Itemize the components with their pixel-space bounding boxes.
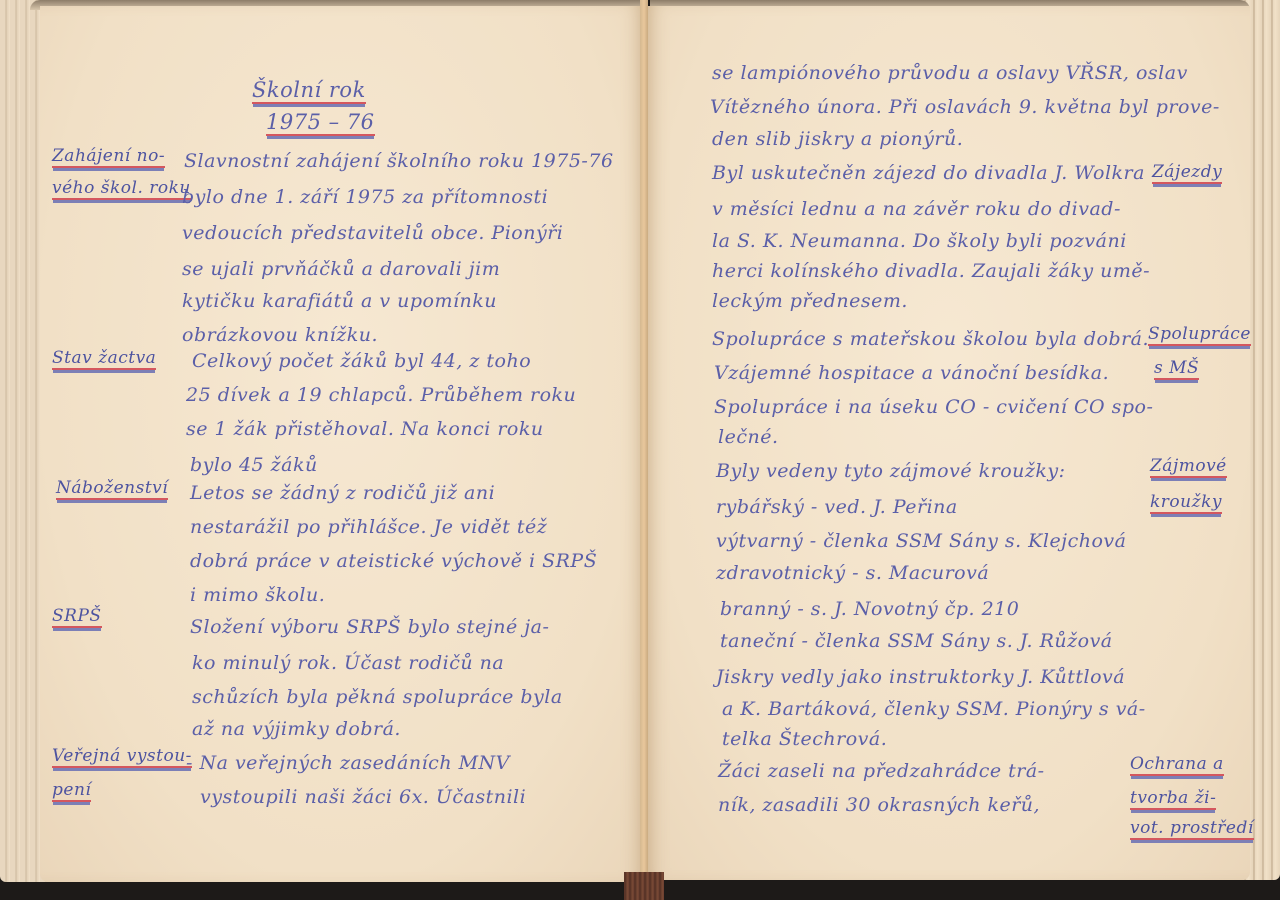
text-line: rybářský - ved. J. Peřina	[716, 498, 958, 517]
margin-label-nabozenstvi: Náboženství	[56, 480, 168, 500]
book-gutter	[640, 0, 648, 880]
text-line: ník, zasadili 30 okrasných keřů,	[718, 796, 1040, 815]
text-line: 25 dívek a 19 chlapců. Průběhem roku	[186, 386, 576, 405]
text-line: Složení výboru SRPŠ bylo stejné ja-	[190, 618, 549, 637]
text-line: a K. Bartáková, členky SSM. Pionýry s vá…	[722, 700, 1146, 719]
text-line: herci kolínského divadla. Zaujali žáky u…	[712, 262, 1150, 281]
text-line: obrázkovou knížku.	[182, 326, 378, 345]
text-line: dobrá práce v ateistické výchově i SRPŠ	[190, 552, 597, 571]
text-line: Vzájemné hospitace a vánoční besídka.	[714, 364, 1109, 383]
margin-label-verejna-1: Veřejná vystou-	[52, 748, 192, 768]
text-line: den slib jiskry a pionýrů.	[712, 130, 963, 149]
text-line: telka Štechrová.	[722, 730, 887, 749]
margin-label-krouzky: kroužky	[1150, 494, 1222, 514]
text-line: Letos se žádný z rodičů již ani	[190, 484, 495, 503]
margin-label-ochrana: Ochrana a	[1130, 756, 1224, 776]
text-line: kytičku karafiátů a v upomínku	[182, 292, 497, 311]
margin-label-tvorba: tvorba ži-	[1130, 790, 1216, 810]
margin-label-verejna-2: pení	[52, 782, 91, 802]
text-line: bylo dne 1. září 1975 za přítomnosti	[182, 188, 548, 207]
text-line: leckým přednesem.	[712, 292, 908, 311]
margin-label-spoluprace: Spolupráce	[1148, 326, 1251, 346]
text-line: se 1 žák přistěhoval. Na konci roku	[186, 420, 544, 439]
text-line: - Na veřejných zasedáních MNV	[186, 754, 510, 773]
margin-label-zajezdy: Zájezdy	[1152, 164, 1222, 184]
text-line: lečné.	[718, 428, 778, 447]
ribbon-bookmark	[624, 872, 664, 900]
text-line: Jiskry vedly jako instruktorky J. Kůttlo…	[716, 668, 1125, 687]
margin-label-zahajeni-1: Zahájení no-	[52, 148, 165, 168]
text-line: se ujali prvňáčků a darovali jim	[182, 260, 500, 279]
text-line: Byly vedeny tyto zájmové kroužky:	[716, 462, 1066, 481]
text-line: až na výjimky dobrá.	[192, 720, 401, 739]
text-line: Vítězného února. Při oslavách 9. května …	[710, 98, 1220, 117]
text-line: la S. K. Neumanna. Do školy byli pozváni	[712, 232, 1127, 251]
text-line: Spolupráce s mateřskou školou byla dobrá…	[712, 330, 1149, 349]
school-year: 1975 – 76	[266, 112, 375, 136]
margin-label-stav-zactva: Stav žactva	[52, 350, 156, 370]
text-line: Spolupráce i na úseku CO - cvičení CO sp…	[714, 398, 1153, 417]
margin-label-zivot-prostredi: vot. prostředí	[1130, 820, 1254, 840]
margin-label-zahajeni-2: vého škol. roku	[52, 180, 191, 200]
text-line: schůzích byla pěkná spolupráce byla	[192, 688, 563, 707]
text-line: vedoucích představitelů obce. Pionýři	[182, 224, 563, 243]
text-line: se lampiónového průvodu a oslavy VŘSR, o…	[712, 64, 1188, 83]
margin-label-srps: SRPŠ	[52, 608, 102, 628]
text-line: Žáci zaseli na předzahrádce trá-	[718, 762, 1045, 781]
text-line: Celkový počet žáků byl 44, z toho	[192, 352, 531, 371]
text-line: vystoupili naši žáci 6x. Účastnili	[200, 788, 526, 807]
text-line: branný - s. J. Novotný čp. 210	[720, 600, 1019, 619]
open-book: Školní rok 1975 – 76 Zahájení no- vého š…	[0, 0, 1280, 900]
text-line: nestarážil po přihlášce. Je vidět též	[190, 518, 547, 537]
text-line: taneční - členka SSM Sány s. J. Růžová	[720, 632, 1113, 651]
text-line: výtvarný - členka SSM Sány s. Klejchová	[716, 532, 1126, 551]
text-line: Slavnostní zahájení školního roku 1975-7…	[184, 152, 614, 171]
text-line: v měsíci lednu a na závěr roku do divad-	[712, 200, 1121, 219]
text-line: zdravotnický - s. Macurová	[716, 564, 989, 583]
text-line: i mimo školu.	[190, 586, 325, 605]
text-line: bylo 45 žáků	[190, 456, 318, 475]
margin-label-zajmove: Zájmové	[1150, 458, 1227, 478]
text-line: Byl uskutečněn zájezd do divadla J. Wolk…	[712, 164, 1145, 183]
margin-label-s-ms: s MŠ	[1154, 360, 1199, 380]
page-title: Školní rok	[252, 80, 366, 104]
text-line: ko minulý rok. Účast rodičů na	[192, 654, 504, 673]
